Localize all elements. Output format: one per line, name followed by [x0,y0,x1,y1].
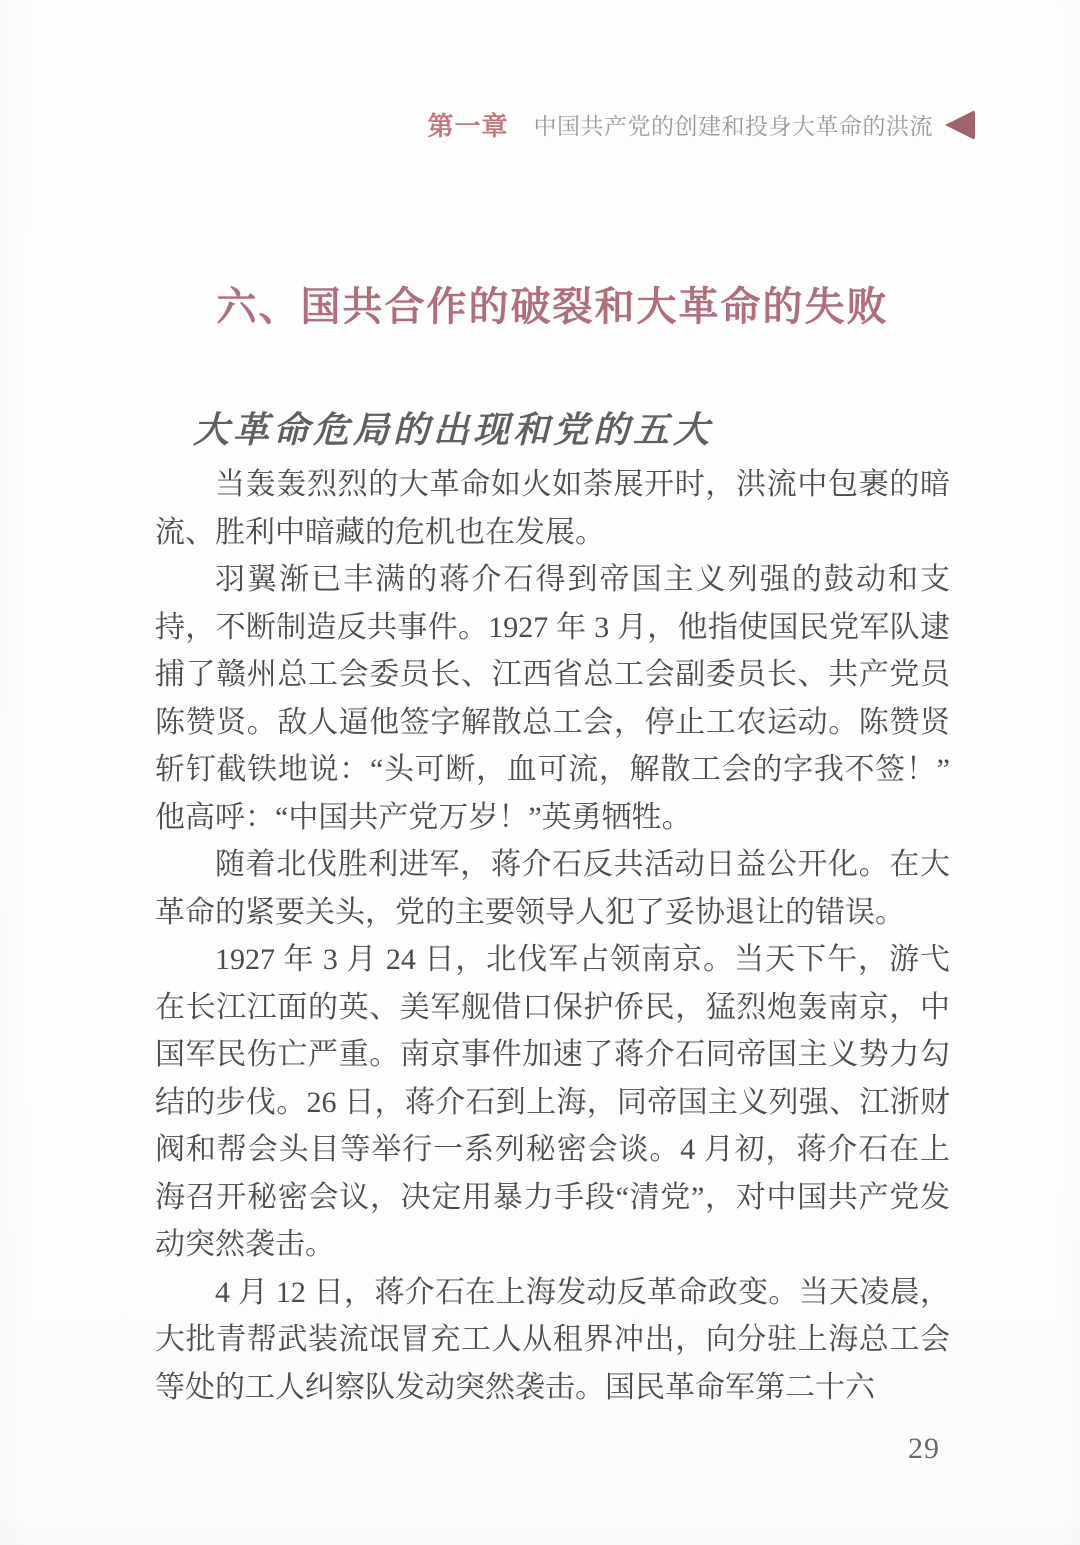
section-title: 六、国共合作的破裂和大革命的失败 [155,275,950,332]
chapter-label: 第一章 [427,106,508,143]
body-text: 当轰轰烈烈的大革命如火如荼展开时，洪流中包裹的暗流、胜利中暗藏的危机也在发展。 … [155,461,950,1411]
body-paragraph: 当轰轰烈烈的大革命如火如荼展开时，洪流中包裹的暗流、胜利中暗藏的危机也在发展。 [155,461,950,556]
running-header: 第一章 中国共产党的创建和投身大革命的洪流 [427,106,975,143]
chapter-title: 中国共产党的创建和投身大革命的洪流 [534,108,934,141]
body-paragraph: 随着北伐胜利进军，蒋介石反共活动日益公开化。在大革命的紧要关头，党的主要领导人犯… [155,841,950,936]
page-number: 29 [908,1432,940,1466]
body-paragraph: 羽翼渐已丰满的蒋介石得到帝国主义列强的鼓动和支持，不断制造反共事件。1927 年… [155,556,950,841]
body-paragraph: 4 月 12 日，蒋介石在上海发动反革命政变。当天凌晨，大批青帮武装流氓冒充工人… [155,1269,950,1412]
book-page: 第一章 中国共产党的创建和投身大革命的洪流 六、国共合作的破裂和大革命的失败 大… [0,0,1080,1545]
subsection-title: 大革命危局的出现和党的五大 [193,402,713,453]
left-triangle-icon [945,110,975,140]
body-paragraph: 1927 年 3 月 24 日，北伐军占领南京。当天下午，游弋在长江江面的英、美… [155,936,950,1269]
